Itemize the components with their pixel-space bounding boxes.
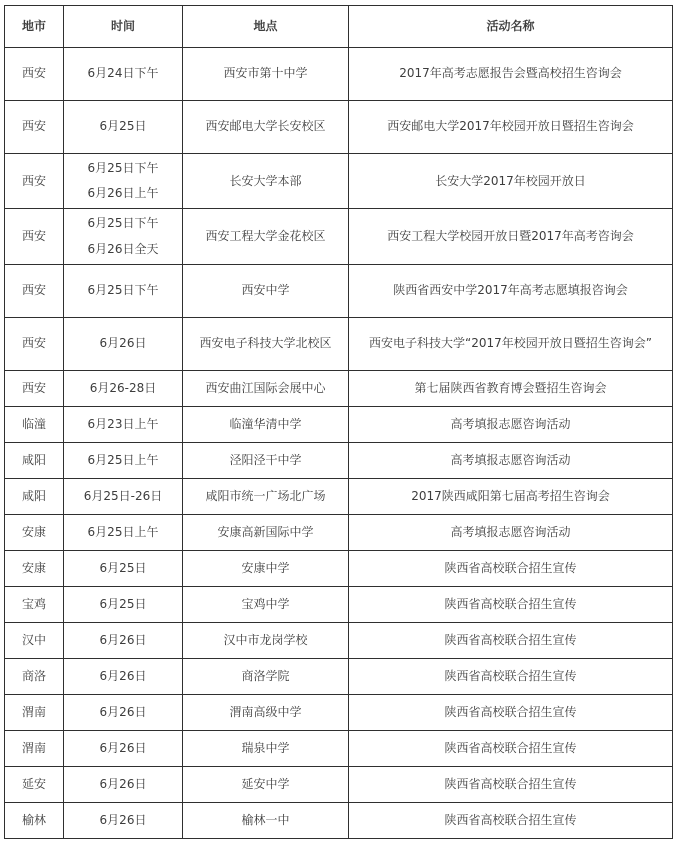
- header-activity: 活动名称: [349, 6, 673, 48]
- time-cell: 6月25日上午: [64, 514, 183, 550]
- page: 地市 时间 地点 活动名称 西安 6月24日下午 西安市第十中学 2017年高考…: [0, 0, 680, 859]
- city-cell: 西安: [5, 48, 64, 101]
- city-cell: 宝鸡: [5, 586, 64, 622]
- table-row: 安康 6月25日上午 安康高新国际中学 高考填报志愿咨询活动: [5, 514, 673, 550]
- place-cell: 安康中学: [183, 550, 349, 586]
- activity-cell: 陕西省西安中学2017年高考志愿填报咨询会: [349, 264, 673, 317]
- event-schedule-table: 地市 时间 地点 活动名称 西安 6月24日下午 西安市第十中学 2017年高考…: [4, 5, 673, 839]
- table-row: 咸阳 6月25日上午 泾阳泾干中学 高考填报志愿咨询活动: [5, 442, 673, 478]
- place-cell: 西安市第十中学: [183, 48, 349, 101]
- place-cell: 西安曲江国际会展中心: [183, 370, 349, 406]
- table-row: 西安 6月25日下午 6月26日全天 西安工程大学金花校区 西安工程大学校园开放…: [5, 209, 673, 264]
- activity-cell: 陕西省高校联合招生宣传: [349, 550, 673, 586]
- place-cell: 瑞泉中学: [183, 730, 349, 766]
- activity-cell: 高考填报志愿咨询活动: [349, 514, 673, 550]
- place-cell: 西安工程大学金花校区: [183, 209, 349, 264]
- table-row: 延安 6月26日 延安中学 陕西省高校联合招生宣传: [5, 766, 673, 802]
- table-row: 西安 6月26-28日 西安曲江国际会展中心 第七届陕西省教育博会暨招生咨询会: [5, 370, 673, 406]
- city-cell: 西安: [5, 317, 64, 370]
- table-row: 安康 6月25日 安康中学 陕西省高校联合招生宣传: [5, 550, 673, 586]
- place-cell: 长安大学本部: [183, 154, 349, 209]
- city-cell: 临潼: [5, 406, 64, 442]
- city-cell: 西安: [5, 101, 64, 154]
- time-cell: 6月25日: [64, 586, 183, 622]
- city-cell: 渭南: [5, 694, 64, 730]
- city-cell: 安康: [5, 514, 64, 550]
- city-cell: 咸阳: [5, 442, 64, 478]
- time-cell: 6月26日: [64, 730, 183, 766]
- table-row: 渭南 6月26日 渭南高级中学 陕西省高校联合招生宣传: [5, 694, 673, 730]
- time-cell: 6月25日上午: [64, 442, 183, 478]
- city-cell: 渭南: [5, 730, 64, 766]
- place-cell: 延安中学: [183, 766, 349, 802]
- header-place: 地点: [183, 6, 349, 48]
- city-cell: 咸阳: [5, 478, 64, 514]
- header-city: 地市: [5, 6, 64, 48]
- city-cell: 西安: [5, 370, 64, 406]
- activity-cell: 西安电子科技大学“2017年校园开放日暨招生咨询会”: [349, 317, 673, 370]
- city-cell: 延安: [5, 766, 64, 802]
- table-row: 商洛 6月26日 商洛学院 陕西省高校联合招生宣传: [5, 658, 673, 694]
- time-cell: 6月26日: [64, 766, 183, 802]
- header-time: 时间: [64, 6, 183, 48]
- activity-cell: 高考填报志愿咨询活动: [349, 442, 673, 478]
- time-cell: 6月26日: [64, 622, 183, 658]
- table-row: 汉中 6月26日 汉中市龙岗学校 陕西省高校联合招生宣传: [5, 622, 673, 658]
- place-cell: 宝鸡中学: [183, 586, 349, 622]
- table-row: 榆林 6月26日 榆林一中 陕西省高校联合招生宣传: [5, 802, 673, 838]
- table-row: 西安 6月25日下午 6月26日上午 长安大学本部 长安大学2017年校园开放日: [5, 154, 673, 209]
- activity-cell: 陕西省高校联合招生宣传: [349, 694, 673, 730]
- time-cell: 6月26日: [64, 694, 183, 730]
- place-cell: 西安电子科技大学北校区: [183, 317, 349, 370]
- activity-cell: 西安邮电大学2017年校园开放日暨招生咨询会: [349, 101, 673, 154]
- table-row: 宝鸡 6月25日 宝鸡中学 陕西省高校联合招生宣传: [5, 586, 673, 622]
- time-cell: 6月26日: [64, 317, 183, 370]
- time-cell: 6月26日: [64, 802, 183, 838]
- place-cell: 咸阳市统一广场北广场: [183, 478, 349, 514]
- time-cell: 6月26日: [64, 658, 183, 694]
- place-cell: 渭南高级中学: [183, 694, 349, 730]
- city-cell: 安康: [5, 550, 64, 586]
- place-cell: 商洛学院: [183, 658, 349, 694]
- table-header: 地市 时间 地点 活动名称: [5, 6, 673, 48]
- table-row: 西安 6月24日下午 西安市第十中学 2017年高考志愿报告会暨高校招生咨询会: [5, 48, 673, 101]
- activity-cell: 西安工程大学校园开放日暨2017年高考咨询会: [349, 209, 673, 264]
- place-cell: 汉中市龙岗学校: [183, 622, 349, 658]
- time-cell: 6月24日下午: [64, 48, 183, 101]
- table-row: 西安 6月26日 西安电子科技大学北校区 西安电子科技大学“2017年校园开放日…: [5, 317, 673, 370]
- activity-cell: 长安大学2017年校园开放日: [349, 154, 673, 209]
- place-cell: 西安中学: [183, 264, 349, 317]
- table-row: 西安 6月25日 西安邮电大学长安校区 西安邮电大学2017年校园开放日暨招生咨…: [5, 101, 673, 154]
- place-cell: 榆林一中: [183, 802, 349, 838]
- time-cell: 6月25日下午 6月26日全天: [64, 209, 183, 264]
- activity-cell: 陕西省高校联合招生宣传: [349, 658, 673, 694]
- time-cell: 6月25日下午 6月26日上午: [64, 154, 183, 209]
- events-table-body: 西安 6月24日下午 西安市第十中学 2017年高考志愿报告会暨高校招生咨询会 …: [5, 48, 673, 839]
- activity-cell: 2017年高考志愿报告会暨高校招生咨询会: [349, 48, 673, 101]
- time-cell: 6月25日: [64, 550, 183, 586]
- place-cell: 临潼华清中学: [183, 406, 349, 442]
- table-row: 渭南 6月26日 瑞泉中学 陕西省高校联合招生宣传: [5, 730, 673, 766]
- table-row: 临潼 6月23日上午 临潼华清中学 高考填报志愿咨询活动: [5, 406, 673, 442]
- city-cell: 商洛: [5, 658, 64, 694]
- city-cell: 榆林: [5, 802, 64, 838]
- city-cell: 西安: [5, 209, 64, 264]
- activity-cell: 2017陕西咸阳第七届高考招生咨询会: [349, 478, 673, 514]
- place-cell: 西安邮电大学长安校区: [183, 101, 349, 154]
- activity-cell: 陕西省高校联合招生宣传: [349, 622, 673, 658]
- place-cell: 安康高新国际中学: [183, 514, 349, 550]
- time-cell: 6月25日: [64, 101, 183, 154]
- time-cell: 6月23日上午: [64, 406, 183, 442]
- table-row: 咸阳 6月25日-26日 咸阳市统一广场北广场 2017陕西咸阳第七届高考招生咨…: [5, 478, 673, 514]
- time-cell: 6月26-28日: [64, 370, 183, 406]
- activity-cell: 陕西省高校联合招生宣传: [349, 802, 673, 838]
- header-row: 地市 时间 地点 活动名称: [5, 6, 673, 48]
- city-cell: 西安: [5, 264, 64, 317]
- activity-cell: 陕西省高校联合招生宣传: [349, 586, 673, 622]
- city-cell: 西安: [5, 154, 64, 209]
- activity-cell: 陕西省高校联合招生宣传: [349, 766, 673, 802]
- city-cell: 汉中: [5, 622, 64, 658]
- activity-cell: 第七届陕西省教育博会暨招生咨询会: [349, 370, 673, 406]
- place-cell: 泾阳泾干中学: [183, 442, 349, 478]
- activity-cell: 高考填报志愿咨询活动: [349, 406, 673, 442]
- table-row: 西安 6月25日下午 西安中学 陕西省西安中学2017年高考志愿填报咨询会: [5, 264, 673, 317]
- activity-cell: 陕西省高校联合招生宣传: [349, 730, 673, 766]
- time-cell: 6月25日下午: [64, 264, 183, 317]
- time-cell: 6月25日-26日: [64, 478, 183, 514]
